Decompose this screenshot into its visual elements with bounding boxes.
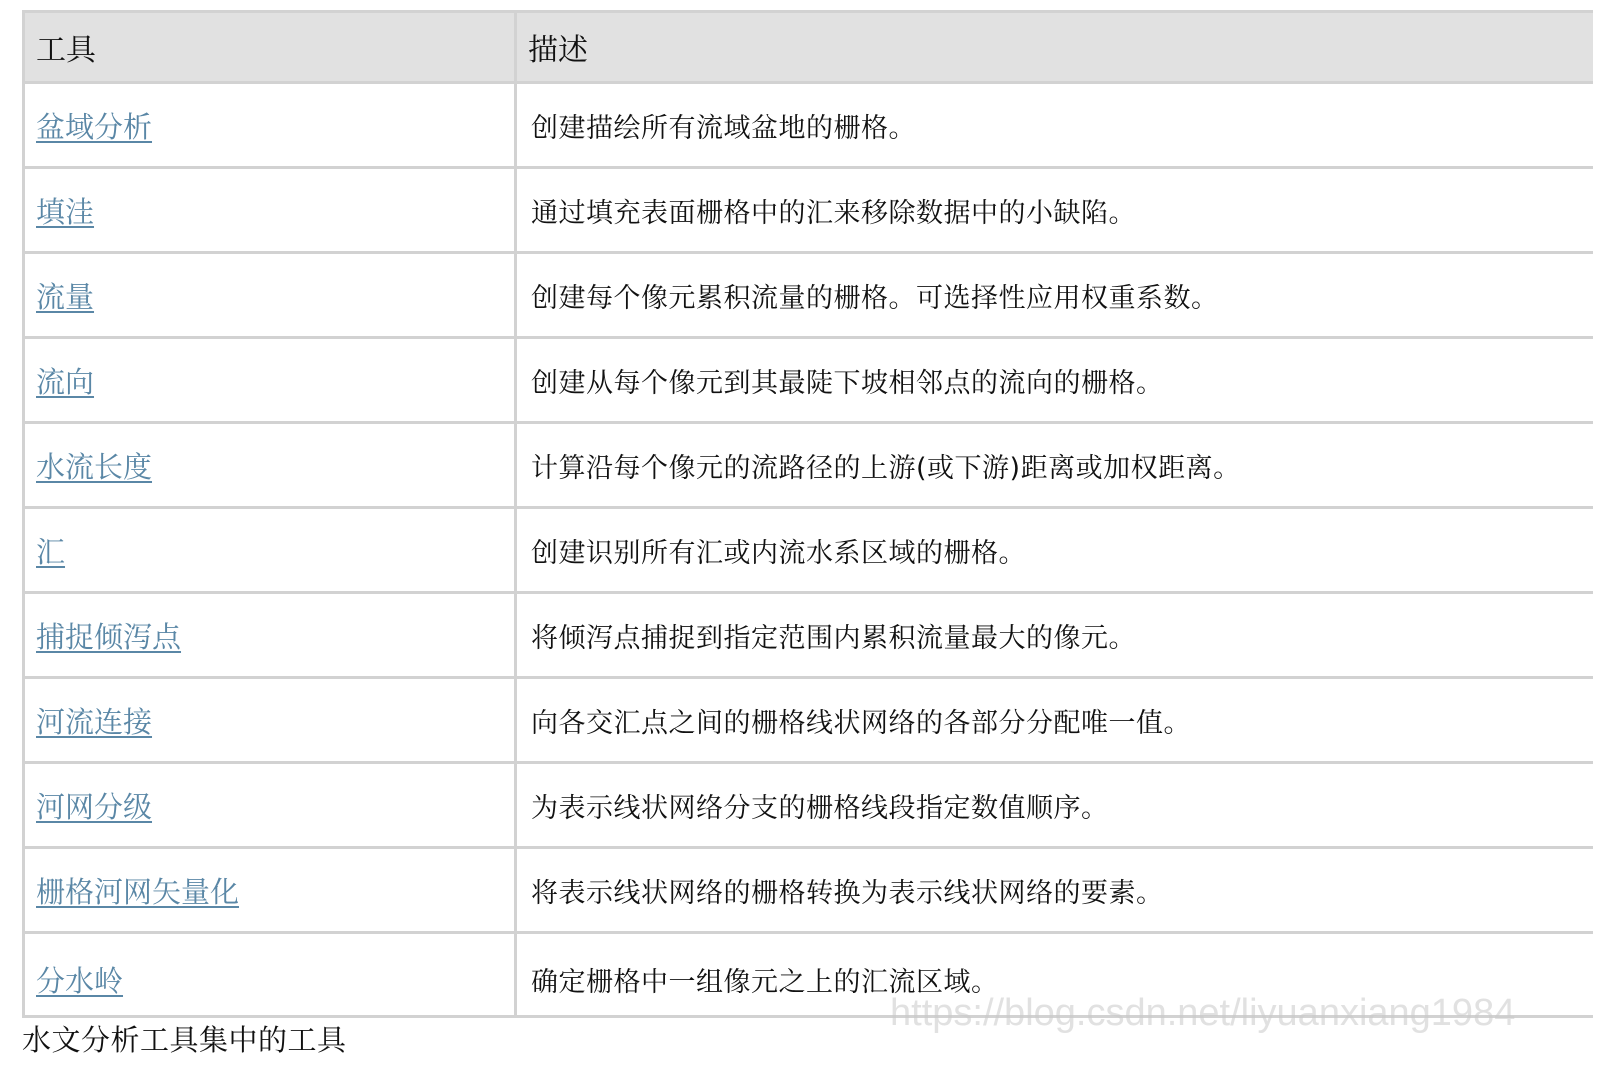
tool-link-stream-link[interactable]: 河流连接 bbox=[36, 705, 152, 739]
header-description: 描述 bbox=[516, 12, 1594, 83]
tool-link-snap-pour-point[interactable]: 捕捉倾泻点 bbox=[36, 620, 181, 654]
description-cell: 创建每个像元累积流量的栅格。可选择性应用权重系数。 bbox=[516, 253, 1594, 338]
tool-cell: 捕捉倾泻点 bbox=[24, 593, 516, 678]
table-row: 捕捉倾泻点 将倾泻点捕捉到指定范围内累积流量最大的像元。 bbox=[24, 593, 1594, 678]
tool-link-watershed[interactable]: 分水岭 bbox=[36, 964, 123, 998]
description-cell: 为表示线状网络分支的栅格线段指定数值顺序。 bbox=[516, 763, 1594, 848]
description-cell: 将表示线状网络的栅格转换为表示线状网络的要素。 bbox=[516, 848, 1594, 933]
table-row: 水流长度 计算沿每个像元的流路径的上游(或下游)距离或加权距离。 bbox=[24, 423, 1594, 508]
header-tool: 工具 bbox=[24, 12, 516, 83]
tool-cell: 水流长度 bbox=[24, 423, 516, 508]
table-row: 分水岭 确定栅格中一组像元之上的汇流区域。 bbox=[24, 933, 1594, 1017]
table-caption: 水文分析工具集中的工具 bbox=[22, 1018, 347, 1059]
table-row: 栅格河网矢量化 将表示线状网络的栅格转换为表示线状网络的要素。 bbox=[24, 848, 1594, 933]
tool-link-flow-direction[interactable]: 流向 bbox=[36, 365, 94, 399]
table-header-row: 工具 描述 bbox=[24, 12, 1594, 83]
description-cell: 向各交汇点之间的栅格线状网络的各部分分配唯一值。 bbox=[516, 678, 1594, 763]
table-row: 河网分级 为表示线状网络分支的栅格线段指定数值顺序。 bbox=[24, 763, 1594, 848]
description-cell: 创建识别所有汇或内流水系区域的栅格。 bbox=[516, 508, 1594, 593]
tool-cell: 分水岭 bbox=[24, 933, 516, 1017]
tool-link-stream-to-feature[interactable]: 栅格河网矢量化 bbox=[36, 875, 239, 909]
table-row: 盆域分析 创建描绘所有流域盆地的栅格。 bbox=[24, 83, 1594, 168]
description-cell: 计算沿每个像元的流路径的上游(或下游)距离或加权距离。 bbox=[516, 423, 1594, 508]
tool-cell: 填洼 bbox=[24, 168, 516, 253]
tool-cell: 盆域分析 bbox=[24, 83, 516, 168]
tool-link-sink[interactable]: 汇 bbox=[36, 535, 65, 569]
table-row: 汇 创建识别所有汇或内流水系区域的栅格。 bbox=[24, 508, 1594, 593]
description-cell: 通过填充表面栅格中的汇来移除数据中的小缺陷。 bbox=[516, 168, 1594, 253]
tool-link-flow-length[interactable]: 水流长度 bbox=[36, 450, 152, 484]
tool-cell: 河流连接 bbox=[24, 678, 516, 763]
table-row: 填洼 通过填充表面栅格中的汇来移除数据中的小缺陷。 bbox=[24, 168, 1594, 253]
description-cell: 将倾泻点捕捉到指定范围内累积流量最大的像元。 bbox=[516, 593, 1594, 678]
tool-link-fill[interactable]: 填洼 bbox=[36, 195, 94, 229]
tool-cell: 河网分级 bbox=[24, 763, 516, 848]
table-row: 河流连接 向各交汇点之间的栅格线状网络的各部分分配唯一值。 bbox=[24, 678, 1594, 763]
tool-cell: 流向 bbox=[24, 338, 516, 423]
tool-link-flow-accumulation[interactable]: 流量 bbox=[36, 280, 94, 314]
tool-cell: 汇 bbox=[24, 508, 516, 593]
table-row: 流向 创建从每个像元到其最陡下坡相邻点的流向的栅格。 bbox=[24, 338, 1594, 423]
hydrology-tools-table: 工具 描述 盆域分析 创建描绘所有流域盆地的栅格。 填洼 通过填充表面栅格中的汇… bbox=[22, 10, 1593, 1018]
description-cell: 创建从每个像元到其最陡下坡相邻点的流向的栅格。 bbox=[516, 338, 1594, 423]
table-row: 流量 创建每个像元累积流量的栅格。可选择性应用权重系数。 bbox=[24, 253, 1594, 338]
tool-link-basin[interactable]: 盆域分析 bbox=[36, 110, 152, 144]
tool-link-stream-order[interactable]: 河网分级 bbox=[36, 790, 152, 824]
description-cell: 确定栅格中一组像元之上的汇流区域。 bbox=[516, 933, 1594, 1017]
tool-cell: 栅格河网矢量化 bbox=[24, 848, 516, 933]
description-cell: 创建描绘所有流域盆地的栅格。 bbox=[516, 83, 1594, 168]
tool-cell: 流量 bbox=[24, 253, 516, 338]
